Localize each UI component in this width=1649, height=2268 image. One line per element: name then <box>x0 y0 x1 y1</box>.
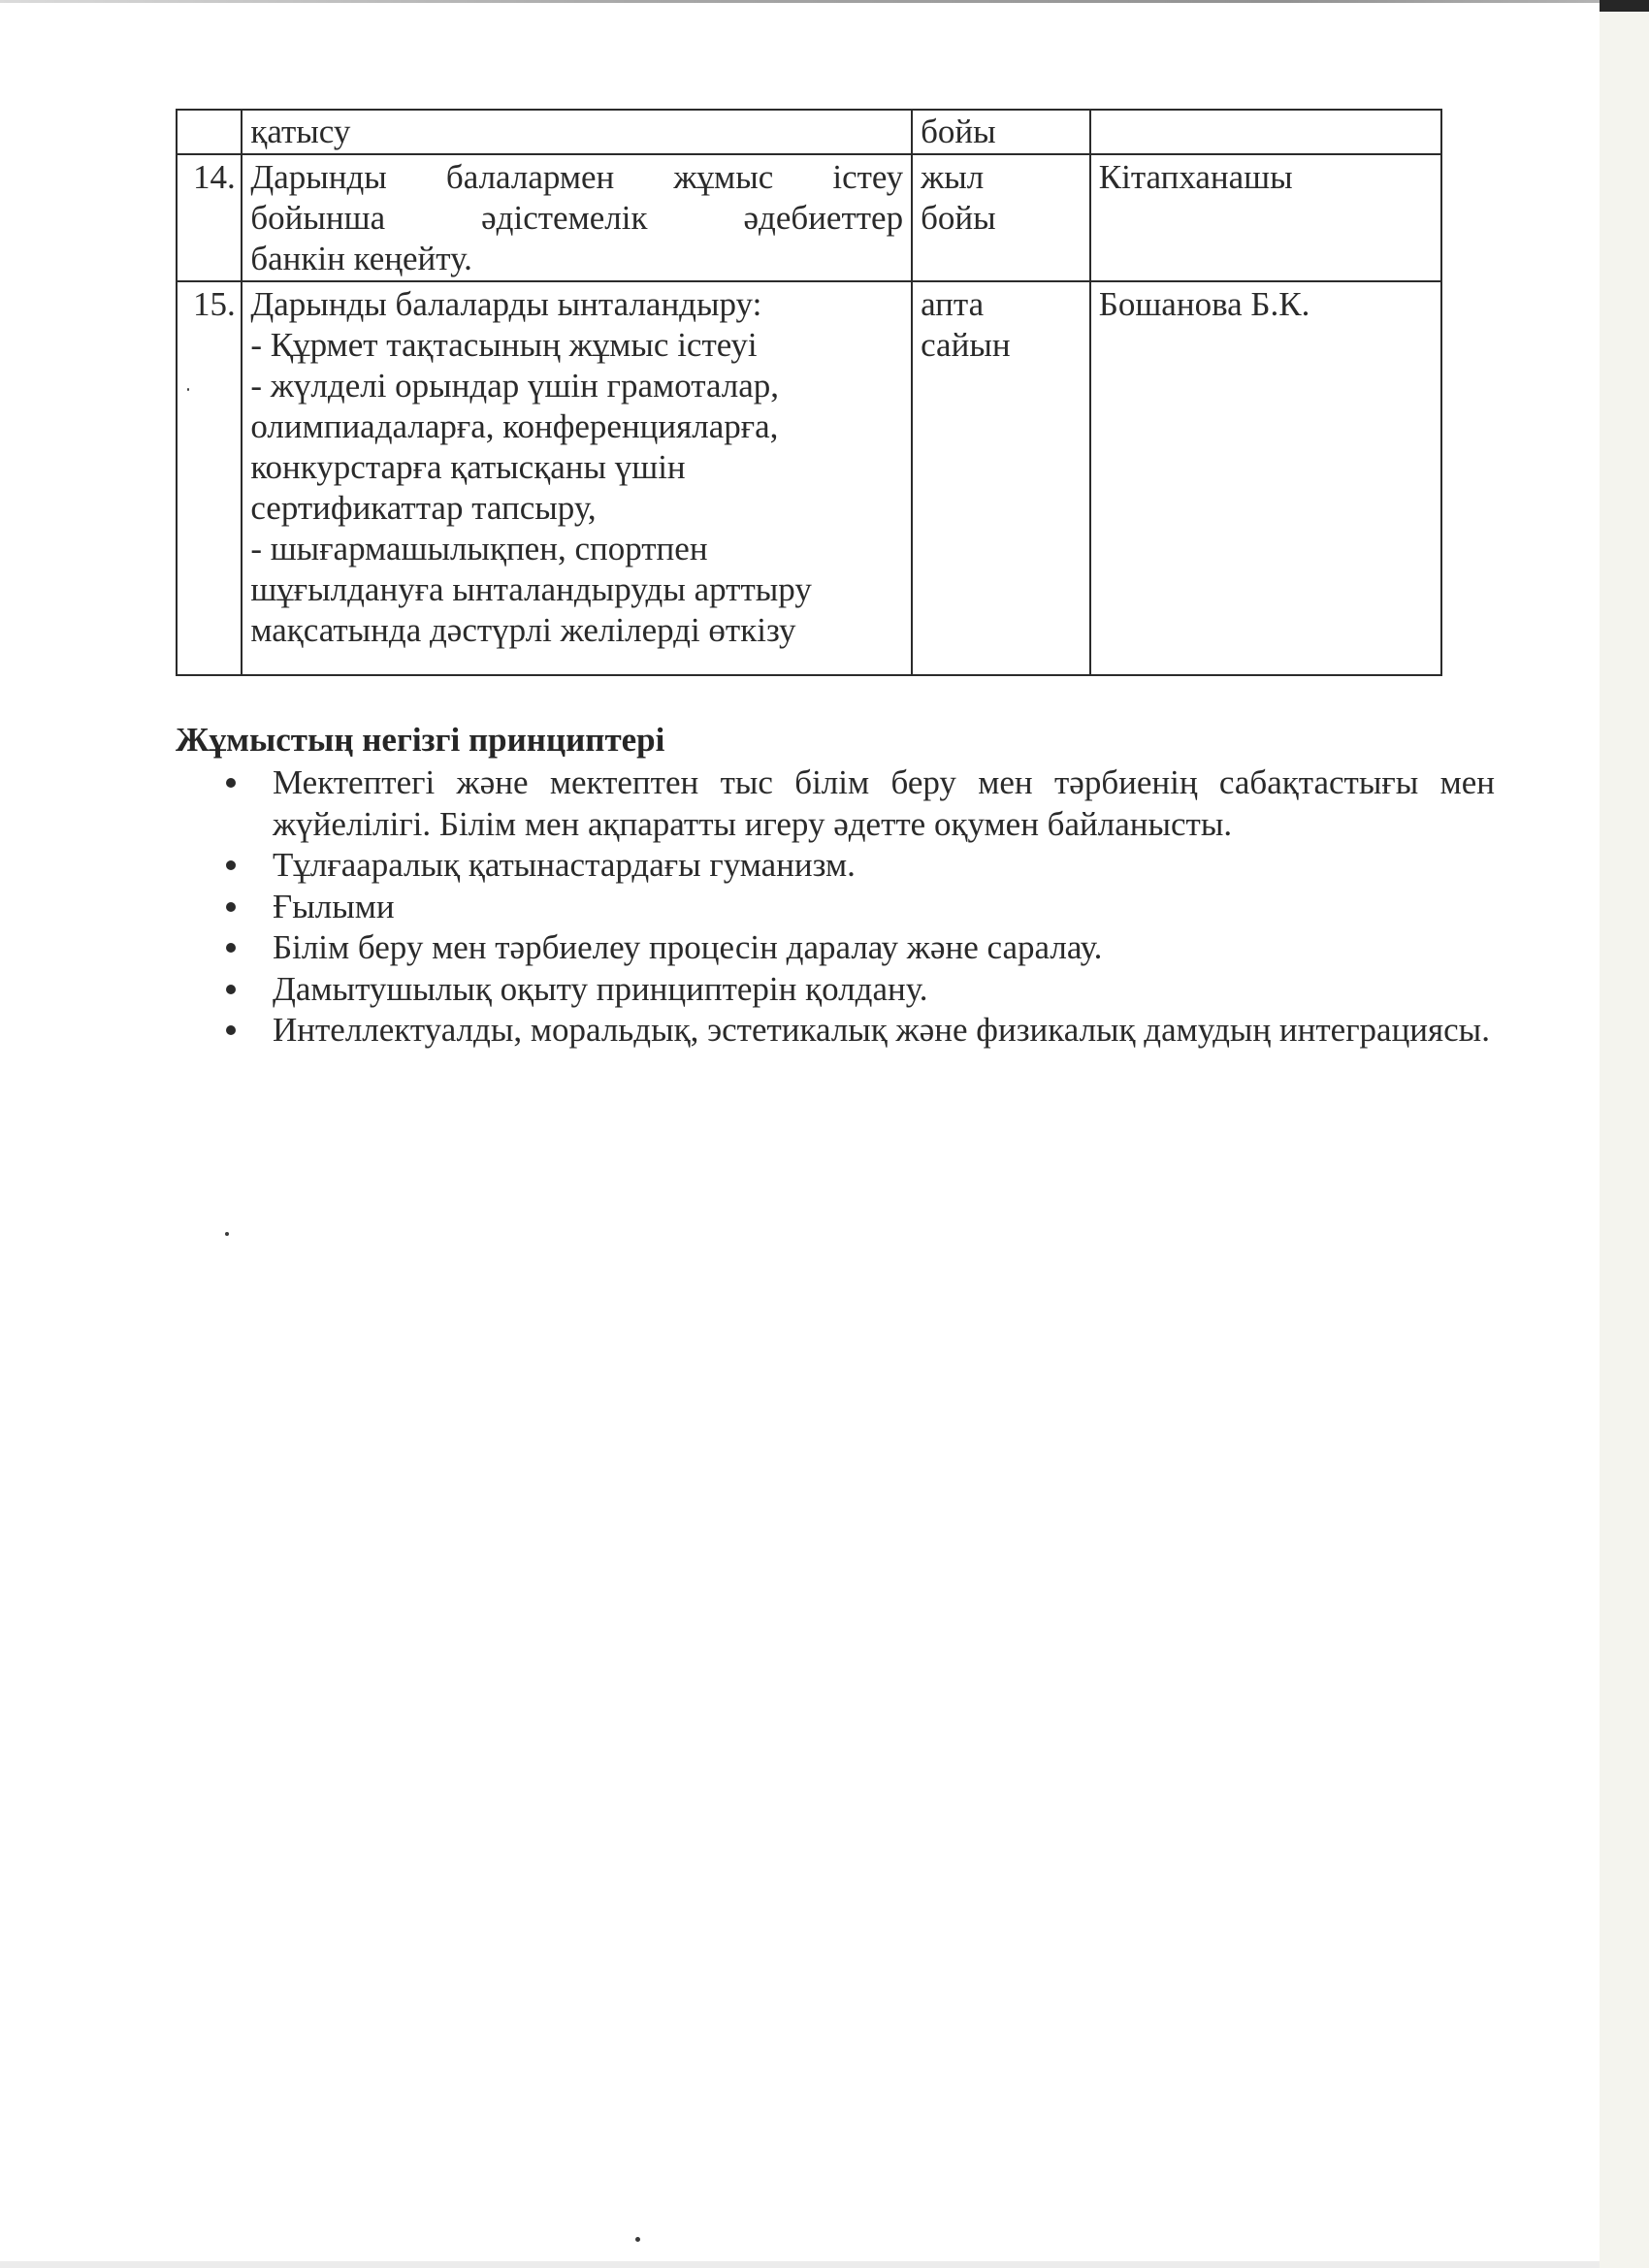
activity-line: бойынша әдістемелік әдебиеттер <box>250 198 903 239</box>
responsible-cell: Бошанова Б.К. <box>1090 281 1441 675</box>
principle-text: Ғылыми <box>273 887 1495 928</box>
activity-line: сертификаттар тапсыру, <box>250 488 903 529</box>
timeframe-line: сайын <box>921 325 1082 366</box>
responsible-cell: Кітапханашы <box>1090 154 1441 281</box>
table-row-15: 15. Дарынды балаларды ынталандыру: - Құр… <box>177 281 1441 675</box>
bullet-icon <box>226 778 236 788</box>
scan-edge-bottom <box>0 2261 1600 2268</box>
principle-text: Білім беру мен тәрбиелеу процесін дарала… <box>273 927 1495 969</box>
timeframe-cell: жыл бойы <box>912 154 1090 281</box>
principle-text: Дамытушылық оқыту принциптерін қолдану. <box>273 969 1495 1011</box>
row-number-cell: 14. <box>177 154 242 281</box>
row-number-cell: 15. <box>177 281 242 675</box>
principle-text: Интеллектуалды, моральдық, эстетикалық ж… <box>273 1010 1495 1052</box>
principles-list: Мектептегі және мектептен тыс білім беру… <box>176 762 1495 1052</box>
bullet-icon <box>226 902 236 912</box>
timeframe-line: апта <box>921 284 1082 325</box>
scan-speck <box>225 1232 229 1236</box>
table-row-continuation: қатысу бойы <box>177 110 1441 154</box>
list-item: Білім беру мен тәрбиелеу процесін дарала… <box>176 927 1495 969</box>
timeframe-cell: бойы <box>912 110 1090 154</box>
activity-line: мақсатында дәстүрлі желілерді өткізу <box>250 610 903 651</box>
activity-cell: Дарынды балаларды ынталандыру: - Құрмет … <box>242 281 912 675</box>
activity-cell: қатысу <box>242 110 912 154</box>
activity-line: - Құрмет тақтасының жұмыс істеуі <box>250 325 903 366</box>
principle-text: Тұлғааралық қатынастардағы гуманизм. <box>273 845 1495 887</box>
principle-text: Мектептегі және мектептен тыс білім беру… <box>273 762 1495 845</box>
scan-edge-right <box>1600 12 1649 2268</box>
activity-line: Дарынды балалармен жұмыс істеу <box>250 157 903 198</box>
activity-line: - жүлделі орындар үшін грамоталар, <box>250 366 903 406</box>
timeframe-line: бойы <box>921 198 1082 239</box>
activity-line: конкурстарға қатысқаны үшін <box>250 447 903 488</box>
bullet-icon <box>226 943 236 953</box>
activity-line: шұғылдануға ынталандыруды арттыру <box>250 569 903 610</box>
bullet-icon <box>226 860 236 870</box>
list-item: Мектептегі және мектептен тыс білім беру… <box>176 762 1495 845</box>
timeframe-line: бойы <box>921 112 1082 152</box>
activity-line: банкін кеңейту. <box>250 239 903 279</box>
list-item: Ғылыми <box>176 887 1495 928</box>
bullet-icon <box>226 1025 236 1035</box>
timeframe-line: жыл <box>921 157 1082 198</box>
list-item: Интеллектуалды, моральдық, эстетикалық ж… <box>176 1010 1495 1052</box>
row-number-cell <box>177 110 242 154</box>
activity-line: Дарынды балаларды ынталандыру: <box>250 284 903 325</box>
timeframe-cell: апта сайын <box>912 281 1090 675</box>
activity-line: олимпиадаларға, конференцияларға, <box>250 406 903 447</box>
scan-corner-shadow <box>1600 0 1649 12</box>
list-item: Дамытушылық оқыту принциптерін қолдану. <box>176 969 1495 1011</box>
activity-plan-table: қатысу бойы 14. Дарынды балалармен жұмыс… <box>176 109 1442 676</box>
list-item: Тұлғааралық қатынастардағы гуманизм. <box>176 845 1495 887</box>
bullet-icon <box>226 985 236 994</box>
scan-speck <box>635 2237 640 2242</box>
responsible-cell <box>1090 110 1441 154</box>
activity-line: қатысу <box>250 112 903 152</box>
activity-line: - шығармашылықпен, спортпен <box>250 529 903 569</box>
activity-cell: Дарынды балалармен жұмыс істеу бойынша ә… <box>242 154 912 281</box>
section-heading: Жұмыстың негізгі принциптері <box>176 720 664 761</box>
table-row-14: 14. Дарынды балалармен жұмыс істеу бойын… <box>177 154 1441 281</box>
scan-edge-top <box>0 0 1602 3</box>
